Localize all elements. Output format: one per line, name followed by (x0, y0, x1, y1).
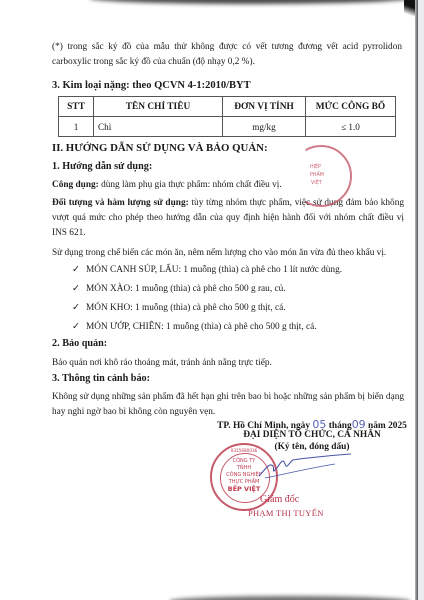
usage-item: ✓MÓN CANH SÚP, LẨU: 1 muỗng (thìa) cà ph… (72, 264, 342, 275)
usage-item: ✓MÓN KHO: 1 muỗng (thìa) cà phê cho 500 … (72, 302, 286, 313)
col-header-name: TÊN CHỈ TIÊU (94, 97, 223, 117)
storage-heading: 2. Bảo quản: (52, 338, 107, 349)
col-header-stt: STT (59, 97, 94, 117)
heavy-metals-table: STT TÊN CHỈ TIÊU ĐƠN VỊ TÍNH MỨC CÔNG BỐ… (58, 96, 396, 137)
usage-item: ✓MÓN ƯỚP, CHIÊN: 1 muỗng (thìa) cà phê c… (72, 321, 317, 332)
scan-background-strip (418, 0, 424, 600)
chromatography-note: (*) trong sắc ký đồ của mẫu thử không đư… (52, 40, 402, 70)
col-header-level: MỨC CÔNG BỐ (306, 97, 396, 117)
scan-shadow-top (90, 0, 410, 4)
checkmark-icon: ✓ (72, 283, 86, 294)
heavy-metals-heading: 3. Kim loại nặng: theo QCVN 4-1:2010/BYT (52, 80, 251, 91)
signer-title: Giám đốc (260, 494, 299, 505)
table-row: 1 Chì mg/kg ≤ 1.0 (59, 117, 396, 137)
purpose-label: Công dụng: (52, 180, 99, 190)
representative-label: ĐẠI DIỆN TỔ CHỨC, CÁ NHÂN (212, 430, 412, 440)
dosage-label: Đối tượng và hàm lượng sử dụng: (52, 198, 189, 208)
cell-stt: 1 (59, 117, 94, 137)
usage-heading: 1. Hướng dẫn sử dụng: (52, 161, 152, 172)
table-header-row: STT TÊN CHỈ TIÊU ĐƠN VỊ TÍNH MỨC CÔNG BỐ (59, 97, 396, 117)
cell-name: Chì (94, 117, 223, 137)
storage-text: Bảo quản nơi khô ráo thoáng mát, tránh á… (52, 356, 404, 371)
scan-shadow-bottom (170, 596, 410, 600)
warning-text: Không sử dụng những sản phẩm đã hết hạn … (52, 390, 404, 420)
purpose-text: dùng làm phụ gia thực phẩm: nhóm chất đi… (99, 180, 282, 190)
dosage-paragraph: Đối tượng và hàm lượng sử dụng: tùy từng… (52, 196, 404, 241)
section-2-heading: II. HƯỚNG DẪN SỬ DỤNG VÀ BẢO QUẢN: (52, 142, 268, 154)
signer-name: PHẠM THỊ TUYẾN (248, 508, 324, 518)
checkmark-icon: ✓ (72, 264, 86, 275)
usage-item: ✓MÓN XÀO: 1 muỗng (thìa) cà phê cho 500 … (72, 283, 286, 294)
checkmark-icon: ✓ (72, 302, 86, 313)
cell-level: ≤ 1.0 (306, 117, 396, 137)
page-edge (415, 0, 418, 600)
cooking-instruction: Sử dụng trong chế biến các món ăn, nêm n… (52, 246, 404, 261)
cell-unit: mg/kg (223, 117, 306, 137)
col-header-unit: ĐƠN VỊ TÍNH (223, 97, 306, 117)
signature-scribble (255, 452, 355, 482)
warning-heading: 3. Thông tin cảnh báo: (52, 373, 150, 384)
checkmark-icon: ✓ (72, 321, 86, 332)
